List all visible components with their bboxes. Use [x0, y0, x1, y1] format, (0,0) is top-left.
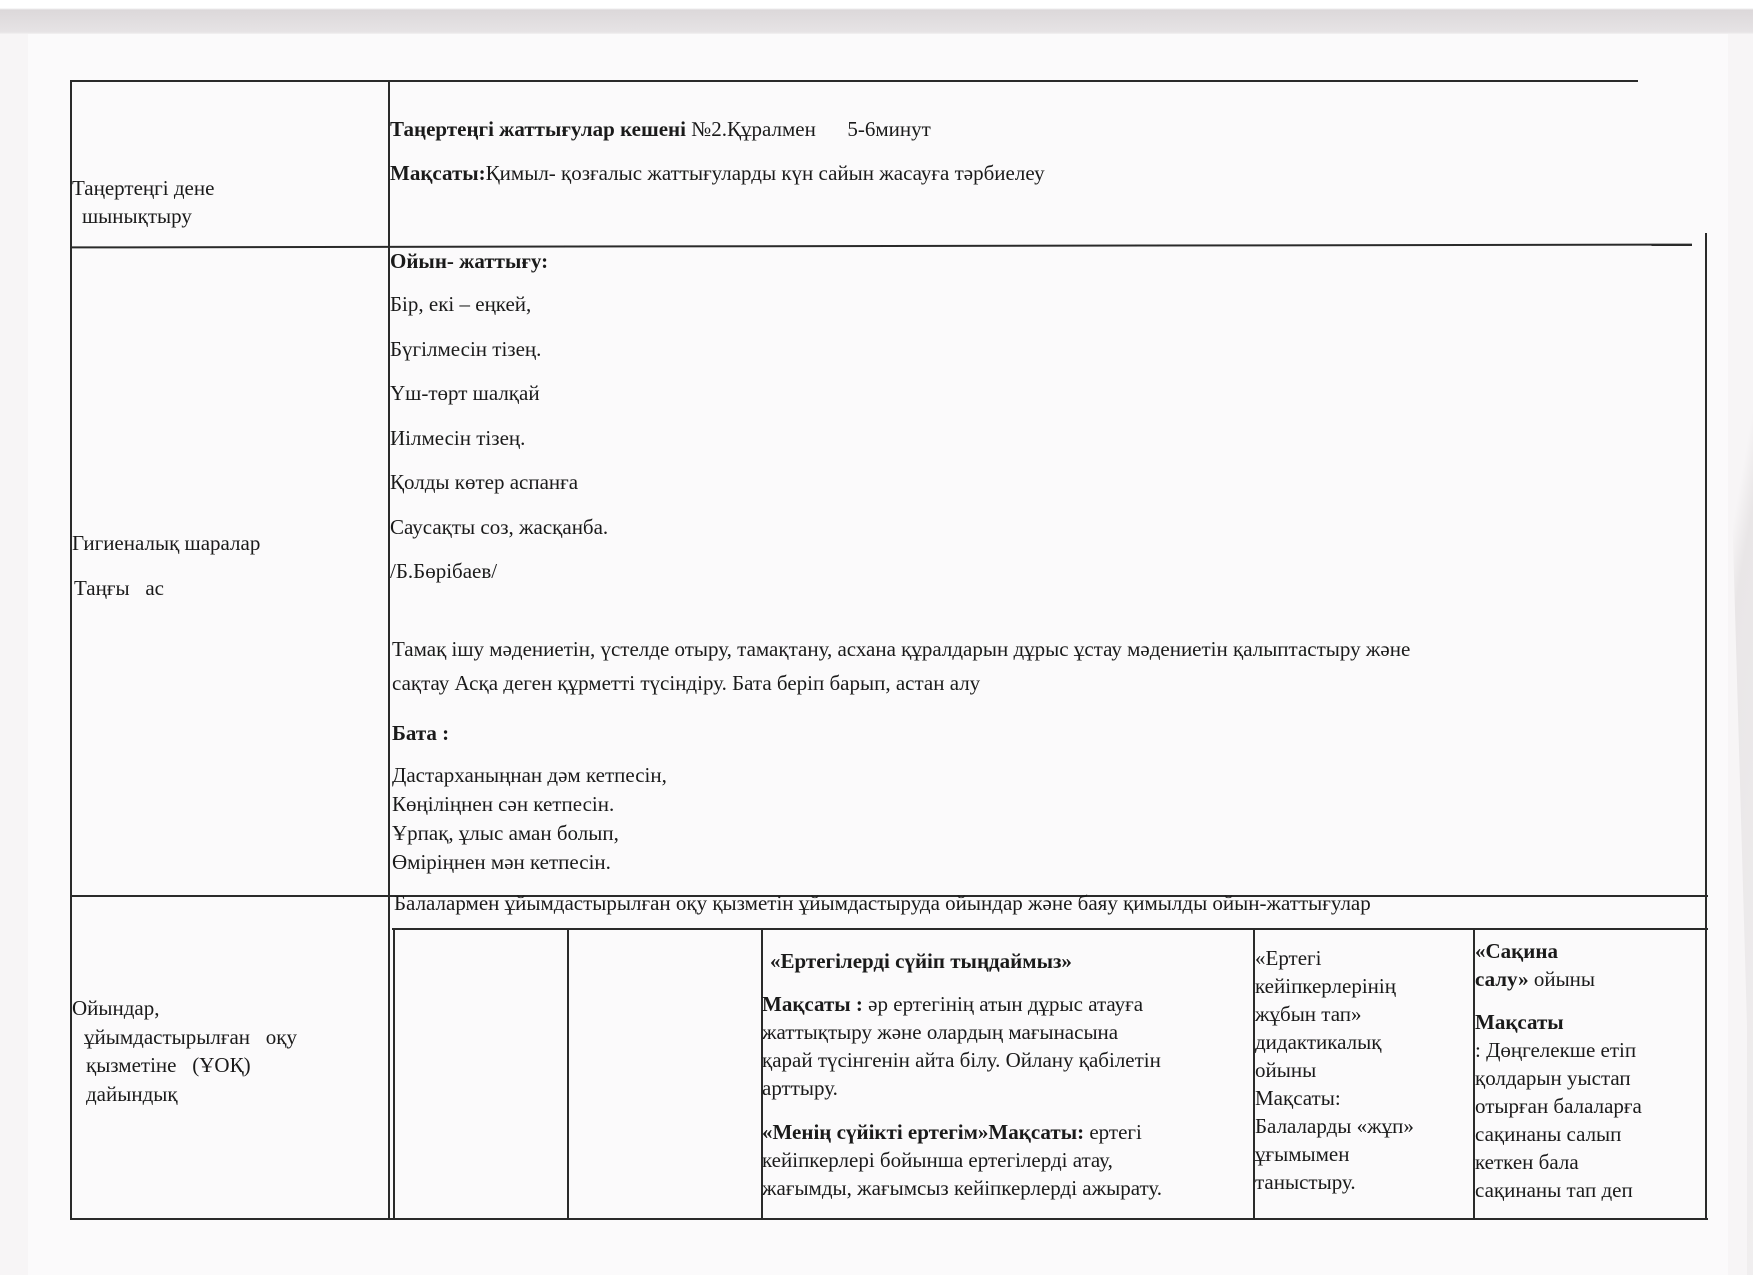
bata-line: Ұрпақ, ұлыс аман болып,: [392, 820, 619, 846]
cell-line: дидактикалық: [1255, 1029, 1381, 1055]
row3-header-bottom-border: [392, 928, 1708, 930]
sub-activity: «Менің сүйікті ертегім»Мақсаты: ертегі: [762, 1119, 1142, 1145]
subcol-divider-2: [567, 928, 569, 1218]
activity-title: салу» ойыны: [1475, 966, 1595, 992]
meal-description: Тамақ ішу мәдениетін, үстелде отыру, там…: [392, 636, 1410, 662]
table-right-border: [1705, 233, 1707, 1220]
activity-title: «Ертегілерді сүйіп тыңдаймыз»: [770, 948, 1072, 974]
goal-label: Мақсаты:: [390, 161, 486, 185]
cell-line: жұбын тап»: [1255, 1001, 1362, 1027]
poem-line: Бүгілмесін тізең.: [390, 336, 541, 362]
bata-line: Көңіліңнен сән кетпесін.: [392, 791, 614, 817]
activity-title-bold: салу»: [1475, 967, 1529, 991]
sub-activity-text: ертегі: [1084, 1120, 1142, 1144]
subcol-divider-1: [393, 928, 395, 1218]
cell-line: Мақсаты:: [1255, 1085, 1341, 1111]
row-label-line: Таңертеңгі дене: [72, 175, 214, 201]
goal-text: отырған балаларға: [1475, 1093, 1642, 1119]
table-bottom-border: [72, 1218, 1708, 1220]
cell-line: ұғымымен: [1255, 1141, 1349, 1167]
bata-line: Өміріңнен мән кетпесін.: [392, 849, 611, 875]
row-label-line: Ойындар,: [72, 995, 160, 1021]
poem-line: Қолды көтер аспанға: [390, 469, 578, 495]
goal-label: Мақсаты :: [762, 992, 863, 1016]
meal-description: сақтау Асқа деген құрметті түсіндіру. Ба…: [392, 670, 980, 696]
row-label-line: ұйымдастырылған оқу: [84, 1024, 297, 1050]
goal-text: қолдарын уыстап: [1475, 1065, 1631, 1091]
cell-line: таныстыру.: [1255, 1169, 1356, 1195]
sub-activity-title: «Менің сүйікті ертегім»Мақсаты:: [762, 1120, 1084, 1144]
poem-author: /Б.Бөрібаев/: [390, 558, 497, 584]
goal-text: Қимыл- қозғалыс жаттығуларды күн сайын ж…: [486, 161, 1045, 185]
poem-line: Иілмесін тізең.: [390, 425, 525, 451]
goal-label: Мақсаты: [1475, 1009, 1564, 1035]
row-label-line: дайындық: [86, 1081, 178, 1107]
exercise-title-bold: Таңертеңгі жаттығулар кешені: [390, 117, 686, 141]
activity-title-rest: ойыны: [1529, 967, 1595, 991]
row-label-line: қызметіне (ҰОҚ): [86, 1052, 251, 1078]
goal-text: арттыру.: [762, 1075, 838, 1101]
exercise-title-rest: №2.Құралмен 5-6минут: [691, 117, 931, 141]
game-title: Ойын- жаттығу:: [390, 248, 548, 274]
exercise-title: Таңертеңгі жаттығулар кешені №2.Құралмен…: [390, 116, 931, 142]
goal-text: : Дөңгелекше етіп: [1475, 1037, 1636, 1063]
cell-line: «Ертегі: [1255, 945, 1322, 971]
poem-line: Бір, екі – еңкей,: [390, 291, 531, 317]
row-label-line: Таңғы ас: [74, 575, 164, 601]
goal-text: әр ертегінің атын дұрыс атауға: [863, 992, 1143, 1016]
row-label-line: Гигиеналық шаралар: [72, 530, 260, 556]
sub-activity-text: кейіпкерлері бойынша ертегілерді атау,: [762, 1147, 1113, 1173]
cell-line: кейіпкерлерінің: [1255, 973, 1396, 999]
sub-activity-text: жағымды, жағымсыз кейіпкерлерді ажырату.: [762, 1175, 1162, 1201]
activity-goal: Мақсаты : әр ертегінің атын дұрыс атауға: [762, 991, 1143, 1017]
cell-line: Балаларды «жұп»: [1255, 1113, 1414, 1139]
goal-text: қарай түсінгенін айта білу. Ойлану қабіл…: [762, 1047, 1161, 1073]
bata-line: Дастарханыңнан дәм кетпесін,: [392, 762, 667, 788]
poem-line: Үш-төрт шалқай: [390, 380, 540, 406]
activity-title: «Сақина: [1475, 938, 1558, 964]
goal-text: кеткен бала: [1475, 1149, 1579, 1175]
poem-line: Саусақты соз, жасқанба.: [390, 514, 608, 540]
scan-edge: [0, 0, 1753, 34]
goal-text: сақинаны тап деп: [1475, 1177, 1633, 1203]
goal-text: жаттықтыру және олардың мағынасына: [762, 1019, 1118, 1045]
table-top-border: [70, 80, 1638, 82]
activities-header: Балалармен ұйымдастырылған оқу қызметін …: [394, 890, 1371, 916]
bata-title: Бата :: [392, 720, 449, 746]
cell-line: ойыны: [1255, 1057, 1316, 1083]
goal-text: сақинаны салып: [1475, 1121, 1621, 1147]
table-left-border: [70, 80, 72, 1220]
exercise-goal: Мақсаты:Қимыл- қозғалыс жаттығуларды күн…: [390, 160, 1045, 186]
row-label-line: шынықтыру: [82, 203, 192, 229]
